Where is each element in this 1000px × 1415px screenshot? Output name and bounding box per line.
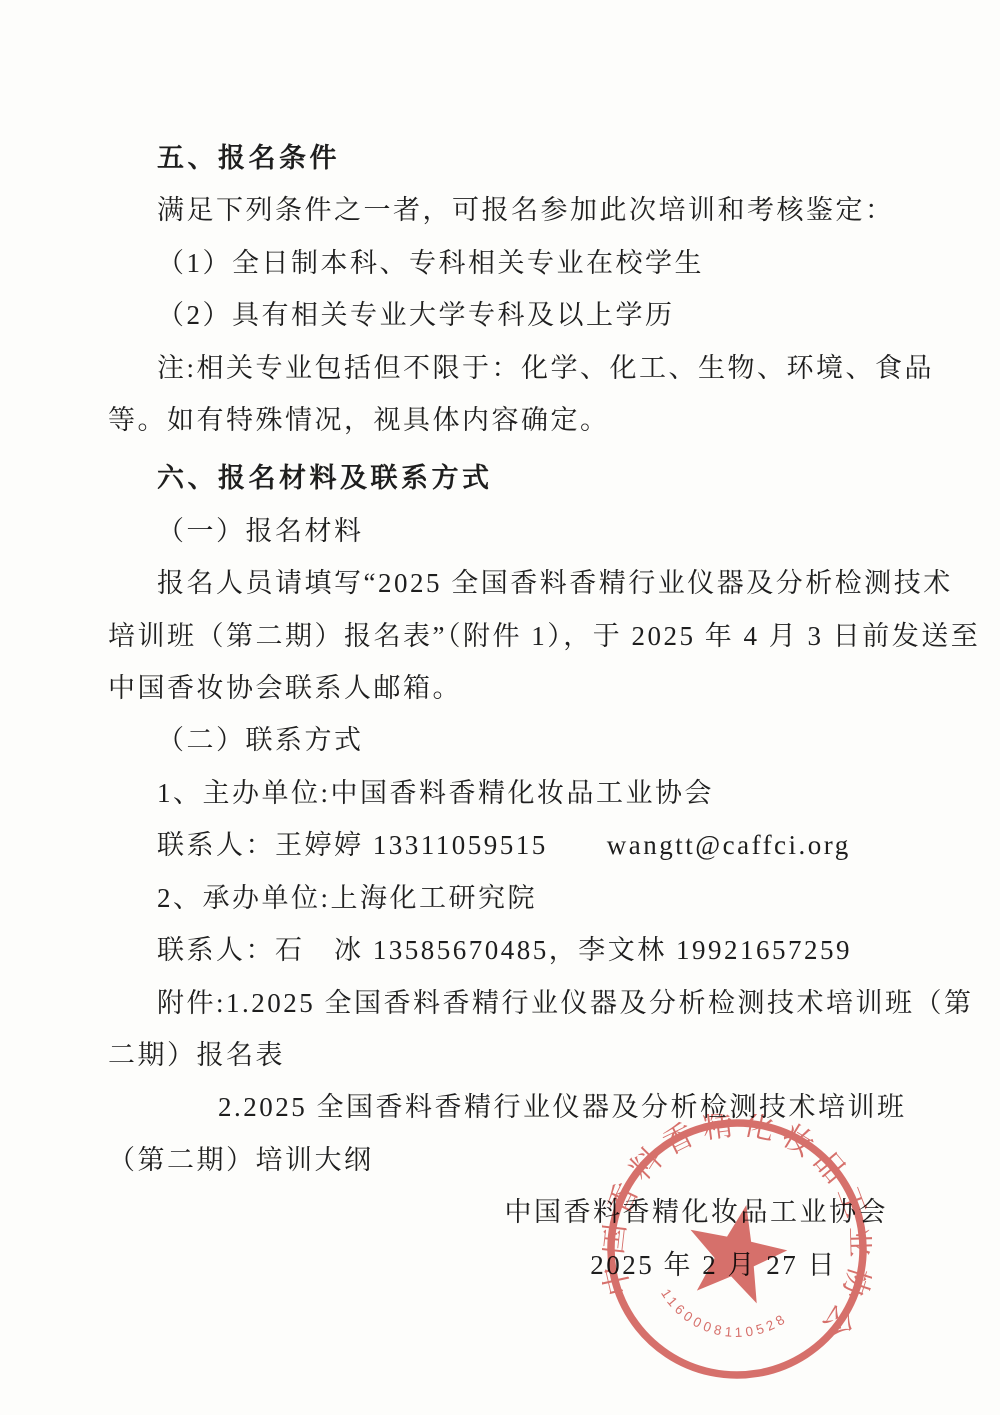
doc-line-sub-2: （二）联系方式 [108, 714, 900, 766]
doc-line-condition-2: （2）具有相关专业大学专科及以上学历 [108, 289, 900, 341]
seal-code: 1160008110528 [652, 1284, 793, 1352]
doc-line-materials-1: 报名人员请填写“2025 全国香料香精行业仪器及分析检测技术 [108, 557, 900, 609]
doc-line-contact-2: 联系人：石 冰 13585670485，李文林 19921657259 [108, 924, 900, 976]
doc-line-attachment-1b: 二期）报名表 [108, 1029, 900, 1081]
doc-line-attachment-1a: 附件:1.2025 全国香料香精行业仪器及分析检测技术培训班（第 [108, 977, 900, 1029]
signature-date: 2025 年 2 月 27 日 [108, 1239, 900, 1291]
section-heading-6: 六、报名材料及联系方式 [108, 452, 900, 504]
doc-line-attachment-2a: 2.2025 全国香料香精行业仪器及分析检测技术培训班 [108, 1081, 900, 1133]
doc-line-sub-1: （一）报名材料 [108, 505, 900, 557]
doc-line-organizer: 1、主办单位:中国香料香精化妆品工业协会 [108, 767, 900, 819]
doc-line-materials-3: 中国香妆协会联系人邮箱。 [108, 662, 900, 714]
signature-org: 中国香料香精化妆品工业协会 [108, 1186, 900, 1238]
doc-line-note-1: 注:相关专业包括但不限于：化学、化工、生物、环境、食品 [108, 342, 900, 394]
doc-line-attachment-2b: （第二期）培训大纲 [108, 1134, 900, 1186]
doc-line-condition-1: （1）全日制本科、专科相关专业在校学生 [108, 237, 900, 289]
document-page: 五、报名条件 满足下列条件之一者，可报名参加此次培训和考核鉴定： （1）全日制本… [0, 0, 1000, 1415]
document-body: 五、报名条件 满足下列条件之一者，可报名参加此次培训和考核鉴定： （1）全日制本… [108, 132, 900, 1291]
doc-line-note-2: 等。如有特殊情况，视具体内容确定。 [108, 394, 900, 446]
section-heading-5: 五、报名条件 [108, 132, 900, 184]
doc-line-conditions-intro: 满足下列条件之一者，可报名参加此次培训和考核鉴定： [108, 184, 900, 236]
doc-line-contact-1: 联系人：王婷婷 13311059515 wangtt@caffci.org [108, 819, 900, 871]
doc-line-undertaker: 2、承办单位:上海化工研究院 [108, 872, 900, 924]
doc-line-materials-2: 培训班（第二期）报名表”（附件 1），于 2025 年 4 月 3 日前发送至 [108, 610, 900, 662]
